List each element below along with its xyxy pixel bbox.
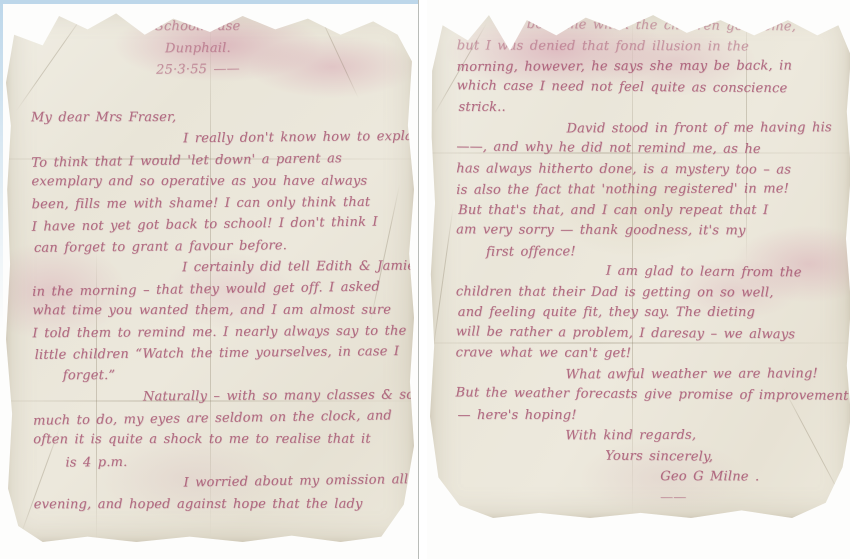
handwritten-line: but I was denied that fond illusion in t… — [457, 36, 842, 58]
handwritten-line: be home when the children got home, — [457, 14, 842, 38]
handwritten-line: often it is quite a shock to me to reali… — [33, 429, 405, 451]
handwritten-line: little children “Watch the time yourselv… — [35, 341, 407, 366]
handwritten-line: am very sorry — thank goodness, it's my — [456, 220, 841, 242]
handwritten-line: morning, however, he says she may be bac… — [457, 56, 842, 78]
left-scan: SchoolhouseDunphail.25·3·55 ——My dear Mr… — [0, 0, 418, 559]
handwritten-line: will be rather a problem, I daresay – we… — [456, 322, 841, 346]
handwritten-line: in the morning – that they would get off… — [32, 276, 404, 303]
handwritten-line: I worried about my omission all — [33, 469, 405, 496]
handwritten-line: But that's that, and I can only repeat t… — [458, 201, 843, 221]
handwritten-line: children that their Dad is getting on so… — [456, 282, 841, 304]
handwritten-line: forget.” — [33, 364, 405, 386]
right-scan: be home when the children got home,but I… — [427, 0, 850, 559]
handwritten-line: is also the fact that 'nothing registere… — [456, 179, 841, 201]
handwritten-line: which case I need not feel quite as cons… — [457, 76, 842, 100]
handwritten-line: I am glad to learn from the — [456, 260, 841, 284]
handwritten-line: Yours sincerely, — [455, 445, 840, 469]
handwritten-line: Geo G Milne . — [455, 466, 840, 488]
handwritten-line: crave what we can't get! — [456, 343, 841, 365]
handwritten-line: What awful weather we are having! — [456, 364, 841, 386]
handwritten-line: first offence! — [456, 241, 841, 263]
handwritten-line: —— — [455, 487, 840, 509]
handwritten-line: exemplary and so operative as you have a… — [31, 171, 403, 193]
handwritten-line: David stood in front of me having his — [456, 118, 841, 140]
handwritten-line: much to do, my eyes are seldom on the cl… — [33, 405, 405, 432]
handwritten-line: and feeling quite fit, they say. The die… — [458, 303, 843, 324]
handwritten-line: With kind regards, — [455, 425, 840, 447]
page-2-text: be home when the children got home,but I… — [429, 9, 850, 508]
handwritten-line: strick.. — [459, 98, 844, 119]
scanned-letter: SchoolhouseDunphail.25·3·55 ——My dear Mr… — [0, 0, 850, 559]
handwritten-line: has always hitherto done, is a mystery t… — [456, 159, 841, 181]
handwritten-line: My dear Mrs Fraser, — [31, 106, 403, 128]
handwritten-line: — here's hoping! — [457, 406, 842, 427]
handwritten-line: evening, and hoped against hope that the… — [34, 493, 406, 515]
handwritten-line: Dunphail. — [83, 37, 314, 60]
scan-edge-artifact-top — [0, 0, 418, 4]
handwritten-line: ——, and why he did not remind me, as he — [456, 137, 841, 161]
handwritten-line: 25·3·55 —— — [83, 57, 314, 82]
page-1-text: SchoolhouseDunphail.25·3·55 ——My dear Mr… — [4, 7, 416, 517]
letter-page-1: SchoolhouseDunphail.25·3·55 ——My dear Mr… — [6, 8, 414, 542]
handwritten-line: Schoolhouse — [82, 16, 313, 38]
scan-edge-artifact-left — [0, 0, 3, 330]
handwritten-line: But the weather forecasts give promise o… — [455, 383, 840, 407]
handwritten-line: what time you wanted them, and I am almo… — [32, 300, 404, 322]
letter-page-2: be home when the children got home,but I… — [430, 10, 850, 518]
